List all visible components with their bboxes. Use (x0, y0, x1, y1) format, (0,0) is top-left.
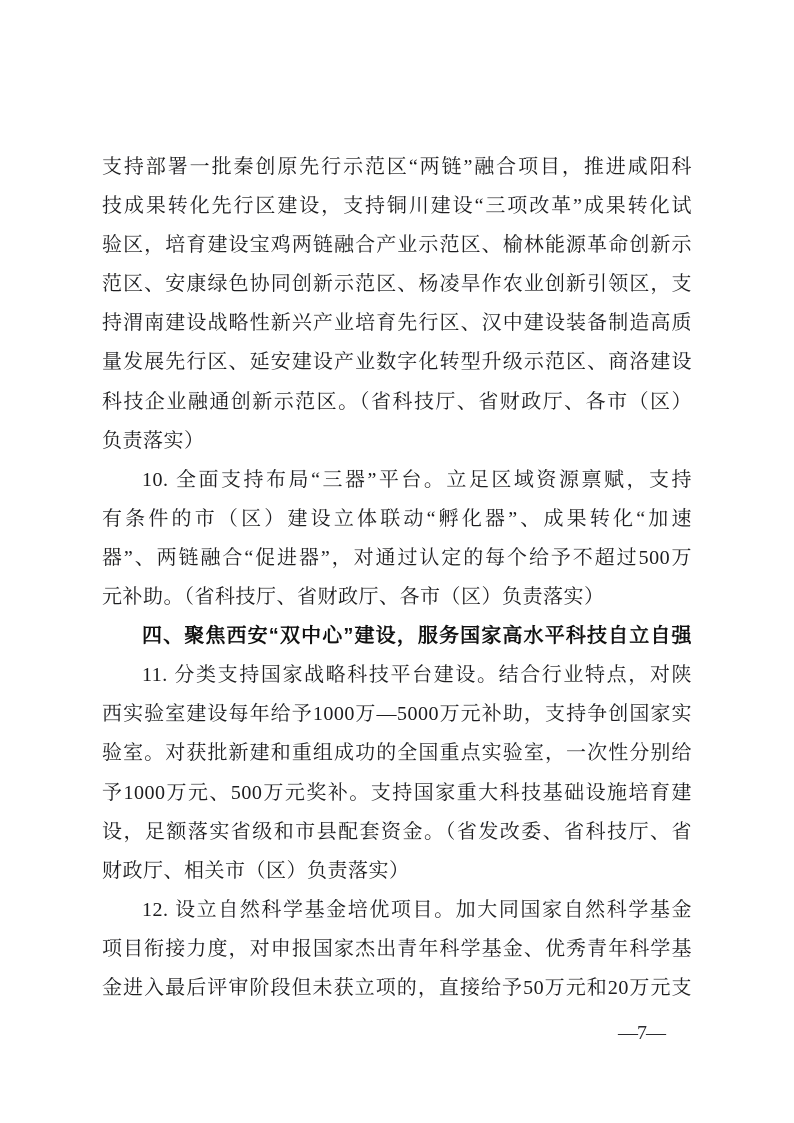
text-line: 科技企业融通创新示范区。（省科技厅、省财政厅、各市（区） (102, 383, 692, 422)
text-line: 12. 设立自然科学基金培优项目。加大同国家自然科学基金 (102, 891, 692, 930)
text-line: 予1000万元、500万元奖补。支持国家重大科技基础设施培育建 (102, 774, 692, 813)
text-line: 10. 全面支持布局“三器”平台。立足区域资源禀赋，支持 (102, 461, 692, 500)
text-line: 财政厅、相关市（区）负责落实） (102, 852, 692, 891)
text-line: 元补助。（省科技厅、省财政厅、各市（区）负责落实） (102, 578, 692, 617)
text-line: 项目衔接力度，对申报国家杰出青年科学基金、优秀青年科学基 (102, 930, 692, 969)
document-page: 支持部署一批秦创原先行示范区“两链”融合项目，推进咸阳科技成果转化先行区建设，支… (0, 0, 794, 1123)
text-line: 范区、安康绿色协同创新示范区、杨凌旱作农业创新引领区，支 (102, 265, 692, 304)
text-line: 技成果转化先行区建设，支持铜川建设“三项改革”成果转化试 (102, 187, 692, 226)
text-line: 设，足额落实省级和市县配套资金。（省发改委、省科技厅、省 (102, 813, 692, 852)
section-heading: 四、聚焦西安“双中心”建设，服务国家高水平科技自立自强 (102, 617, 692, 656)
text-line: 金进入最后评审阶段但未获立项的，直接给予50万元和20万元支 (102, 969, 692, 1008)
text-line: 器”、两链融合“促进器”，对通过认定的每个给予不超过500万 (102, 539, 692, 578)
text-line: 验区，培育建设宝鸡两链融合产业示范区、榆林能源革命创新示 (102, 226, 692, 265)
document-body: 支持部署一批秦创原先行示范区“两链”融合项目，推进咸阳科技成果转化先行区建设，支… (102, 148, 692, 1008)
text-line: 持渭南建设战略性新兴产业培育先行区、汉中建设装备制造高质 (102, 304, 692, 343)
text-line: 量发展先行区、延安建设产业数字化转型升级示范区、商洛建设 (102, 343, 692, 382)
text-line: 验室。对获批新建和重组成功的全国重点实验室，一次性分别给 (102, 734, 692, 773)
page-number: —7— (618, 1020, 678, 1046)
text-line: 西实验室建设每年给予1000万—5000万元补助，支持争创国家实 (102, 695, 692, 734)
text-line: 负责落实） (102, 422, 692, 461)
text-line: 有条件的市（区）建设立体联动“孵化器”、成果转化“加速 (102, 500, 692, 539)
text-line: 11. 分类支持国家战略科技平台建设。结合行业特点，对陕 (102, 656, 692, 695)
text-line: 支持部署一批秦创原先行示范区“两链”融合项目，推进咸阳科 (102, 148, 692, 187)
